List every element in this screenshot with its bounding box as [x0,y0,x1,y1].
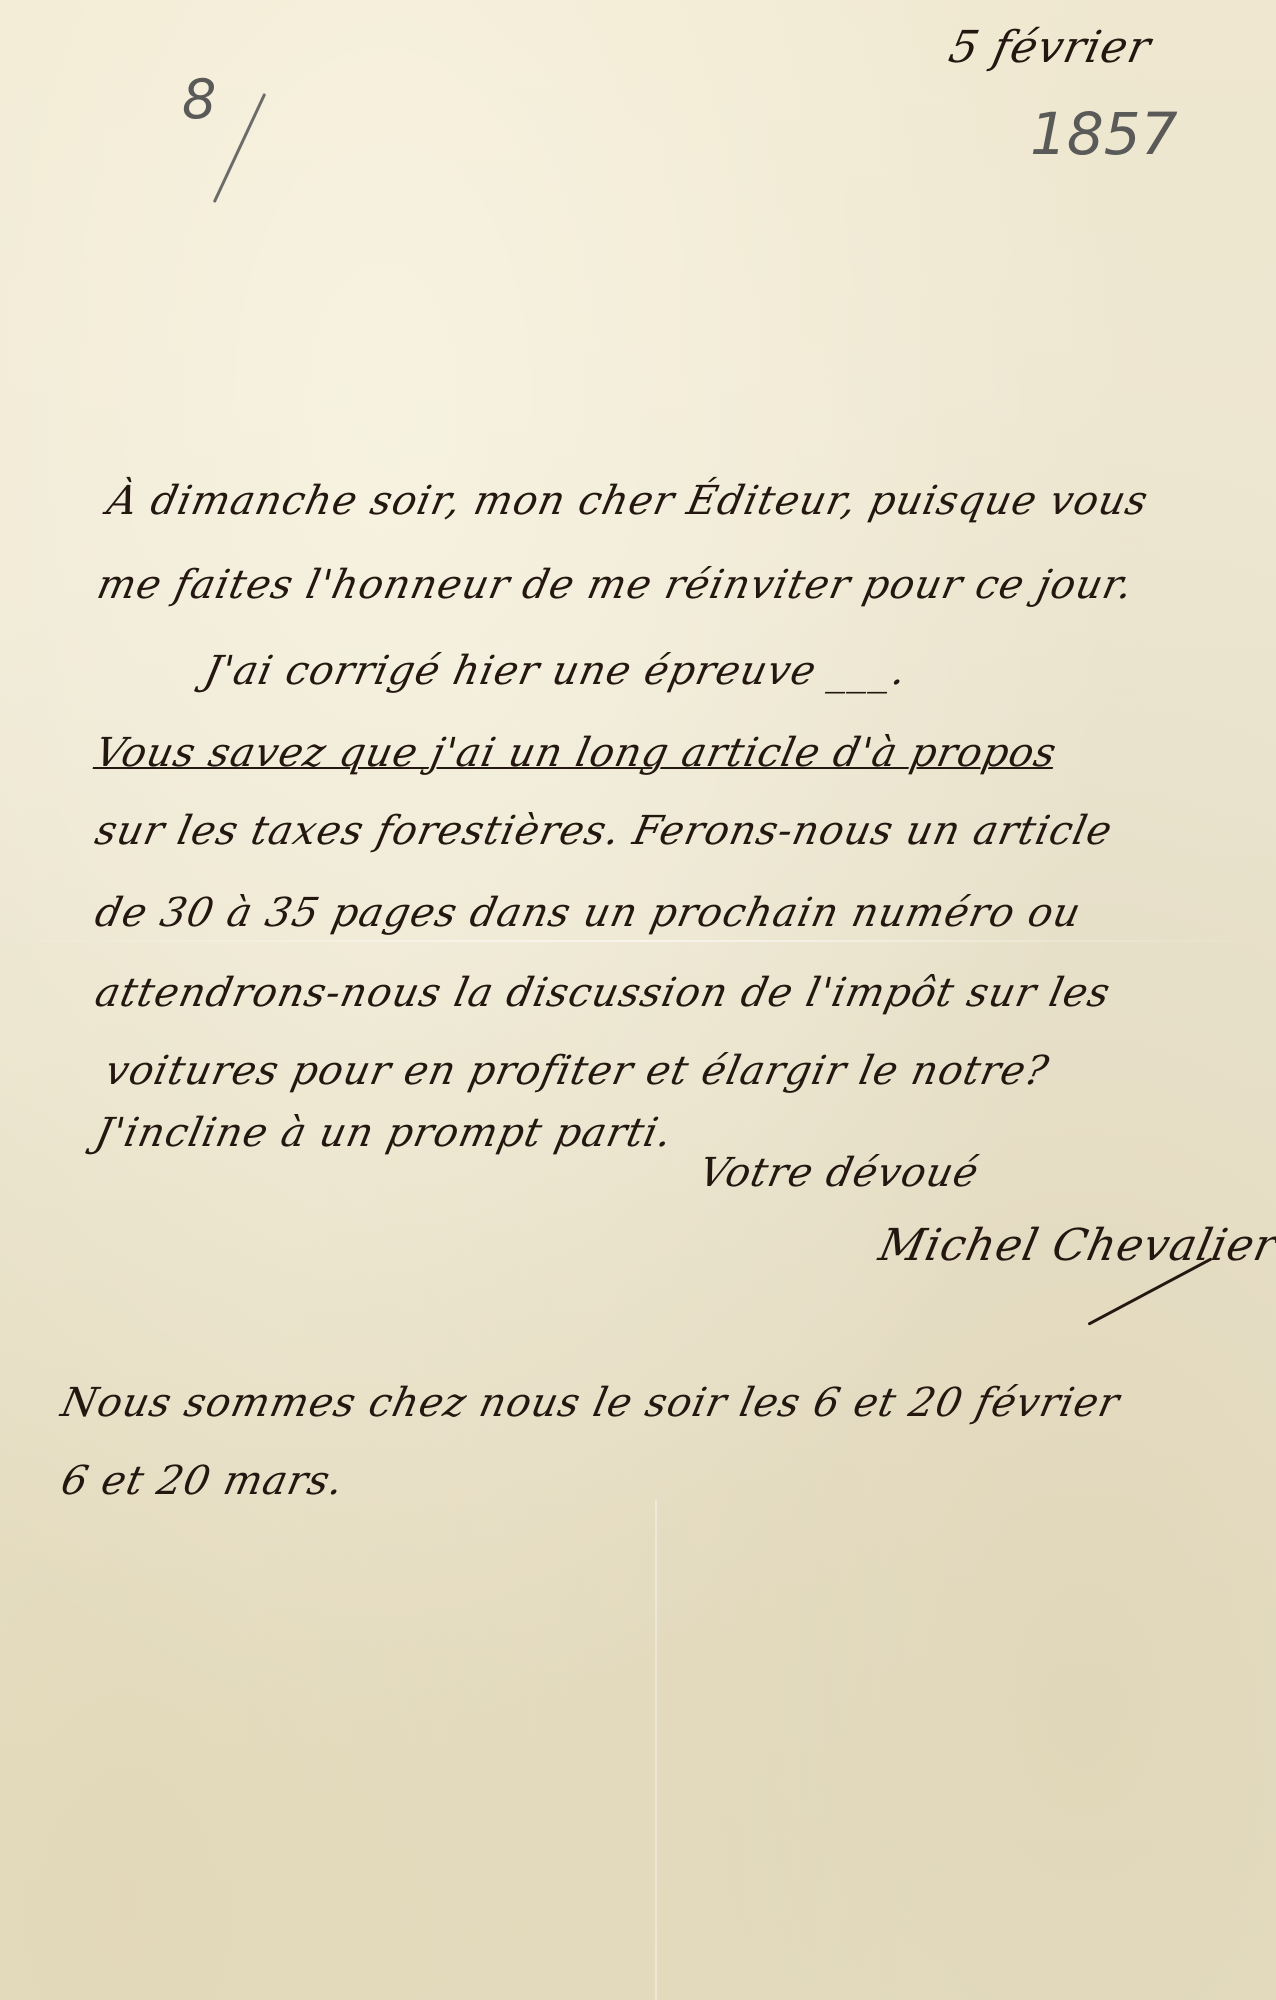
letter-page: 8 5 février 1857 À dimanche soir, mon ch… [0,0,1276,2000]
body-line-8: voitures pour en profiter et élargir le … [101,1048,1053,1094]
postscript-line-2: 6 et 20 mars. [57,1458,348,1504]
pencil-slash [213,93,266,203]
body-line-9: J'incline à un prompt parti. [91,1110,677,1156]
year: 1857 [1030,100,1178,168]
body-line-4: Vous savez que j'ai un long article d'à … [91,730,1061,776]
signature: Michel Chevalier [875,1220,1276,1271]
postscript-line-1: Nous sommes chez nous le soir les 6 et 2… [57,1380,1124,1426]
archive-number: 8 [182,68,216,131]
body-line-3: J'ai corrigé hier une épreuve ___. [200,648,911,694]
paper-crease [655,1500,657,2000]
body-line-1: À dimanche soir, mon cher Éditeur, puisq… [103,478,1152,524]
date-line: 5 février [945,22,1156,73]
body-line-7: attendrons-nous la discussion de l'impôt… [91,970,1115,1016]
paper-fold-line [0,940,1276,942]
body-line-5: sur les taxes forestières. Ferons-nous u… [91,808,1117,854]
body-line-6: de 30 à 35 pages dans un prochain numéro… [91,890,1085,936]
body-line-2: me faites l'honneur de me réinviter pour… [93,562,1137,608]
closing: Votre dévoué [695,1150,983,1196]
